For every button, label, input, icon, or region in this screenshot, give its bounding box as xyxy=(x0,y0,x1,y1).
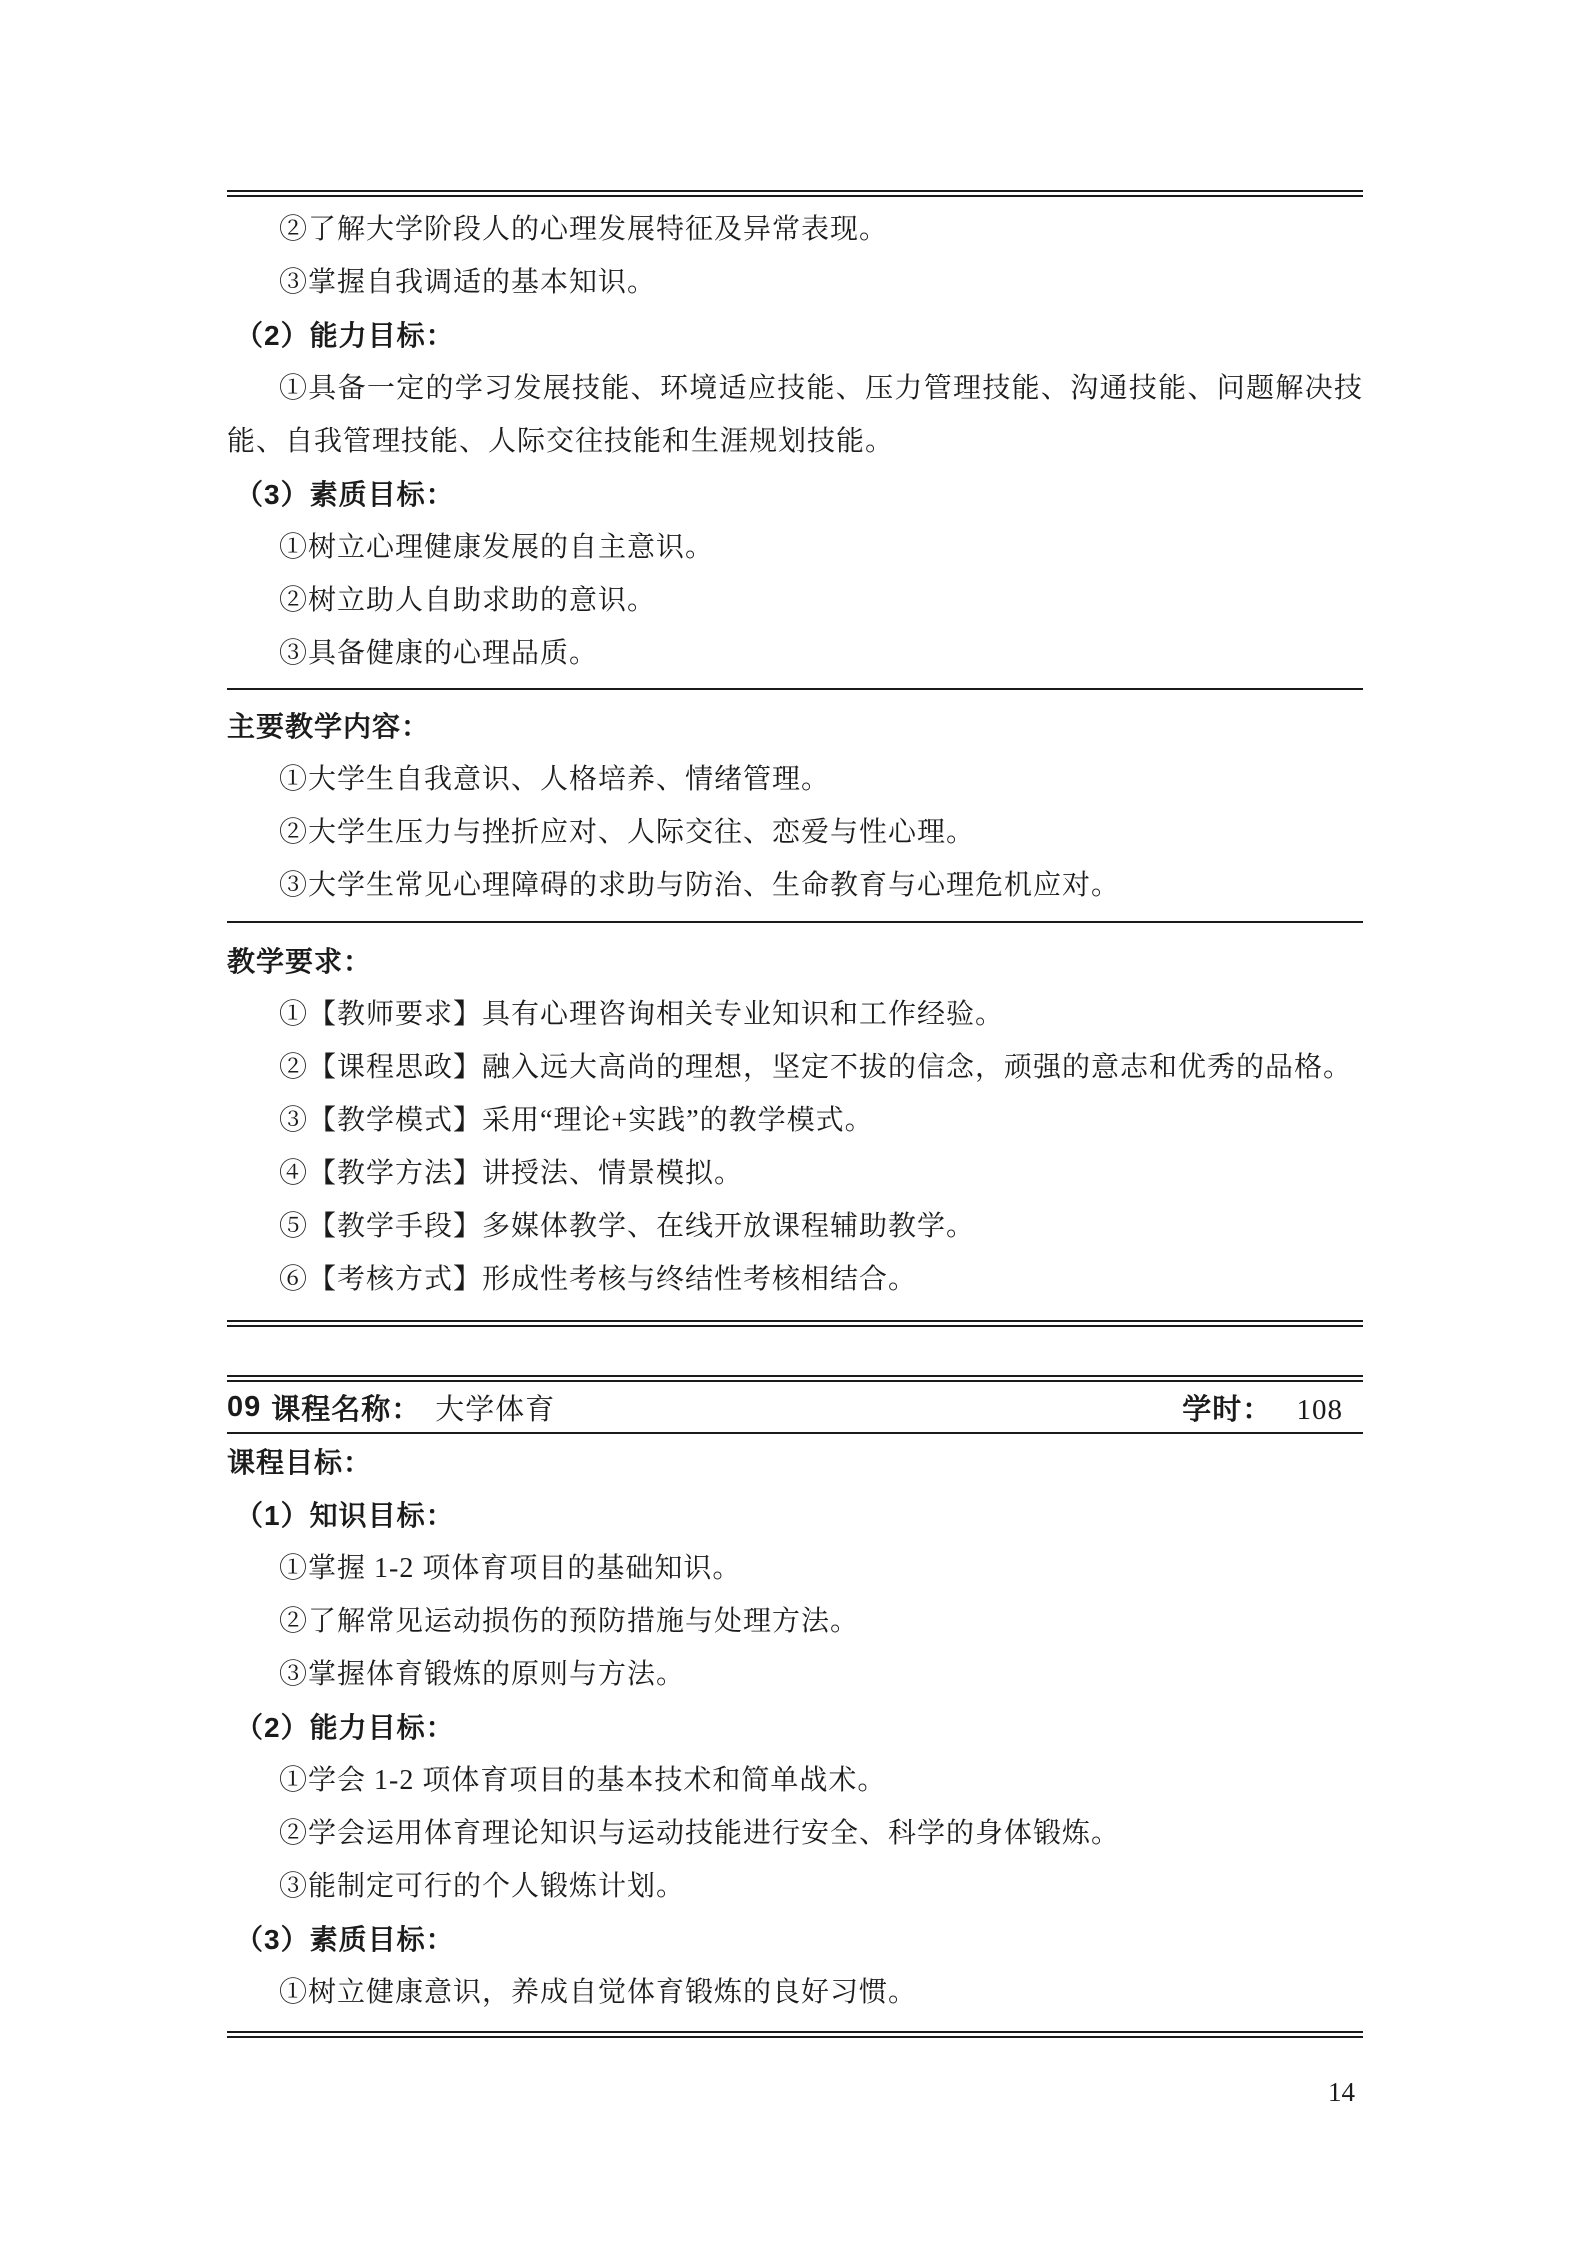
knowledge-item: ②了解常见运动损伤的预防措施与处理方法。 xyxy=(227,1595,1363,1648)
teaching-requirements-header: 教学要求： xyxy=(227,935,1363,988)
teaching-requirement-item: ④【教学方法】讲授法、情景模拟。 xyxy=(227,1147,1363,1200)
course08-objectives-section: ②了解大学阶段人的心理发展特征及异常表现。 ③掌握自我调适的基本知识。 （2）能… xyxy=(227,197,1363,680)
course-name: 大学体育 xyxy=(435,1387,555,1428)
ability-item-line2: 能、自我管理技能、人际交往技能和生涯规划技能。 xyxy=(227,415,1363,468)
course-hours-value: 108 xyxy=(1297,1394,1344,1426)
knowledge-item: ③掌握体育锻炼的原则与方法。 xyxy=(227,1648,1363,1701)
knowledge-item: ②了解大学阶段人的心理发展特征及异常表现。 xyxy=(227,203,1363,256)
course08-teaching-content-section: 主要教学内容： ①大学生自我意识、人格培养、情绪管理。 ②大学生压力与挫折应对、… xyxy=(227,690,1363,921)
ability-goal-header: （2）能力目标： xyxy=(227,1701,1363,1754)
course-hours: 学时： 108 xyxy=(1182,1387,1343,1428)
ability-item: ②学会运用体育理论知识与运动技能进行安全、科学的身体锻炼。 xyxy=(227,1807,1363,1860)
teaching-content-item: ①大学生自我意识、人格培养、情绪管理。 xyxy=(227,753,1363,806)
page-content: ②了解大学阶段人的心理发展特征及异常表现。 ③掌握自我调适的基本知识。 （2）能… xyxy=(227,190,1363,2038)
course-goal-header: 课程目标： xyxy=(227,1436,1363,1489)
ability-goal-header: （2）能力目标： xyxy=(227,309,1363,362)
course09-bottom-border-rule xyxy=(227,2031,1363,2038)
quality-item: ②树立助人自助求助的意识。 xyxy=(227,574,1363,627)
course09-top-border-rule xyxy=(227,1375,1363,1382)
quality-item: ①树立健康意识，养成自觉体育锻炼的良好习惯。 xyxy=(227,1966,1363,2019)
teaching-requirement-item: ⑥【考核方式】形成性考核与终结性考核相结合。 xyxy=(227,1253,1363,1306)
ability-item: ③能制定可行的个人锻炼计划。 xyxy=(227,1860,1363,1913)
course08-teaching-requirements-section: 教学要求： ①【教师要求】具有心理咨询相关专业知识和工作经验。 ②【课程思政】融… xyxy=(227,923,1363,1320)
course08-bottom-border-rule xyxy=(227,1320,1363,1327)
teaching-requirement-item: ①【教师要求】具有心理咨询相关专业知识和工作经验。 xyxy=(227,988,1363,1041)
course09-objectives-section: 课程目标： （1）知识目标： ①掌握 1-2 项体育项目的基础知识。 ②了解常见… xyxy=(227,1434,1363,2031)
teaching-requirement-item: ③【教学模式】采用“理论+实践”的教学模式。 xyxy=(227,1094,1363,1147)
knowledge-item: ①掌握 1-2 项体育项目的基础知识。 xyxy=(227,1542,1363,1595)
quality-item: ③具备健康的心理品质。 xyxy=(227,627,1363,680)
teaching-requirement-item: ②【课程思政】融入远大高尚的理想，坚定不拔的信念，顽强的意志和优秀的品格。 xyxy=(227,1041,1363,1094)
document-page: ②了解大学阶段人的心理发展特征及异常表现。 ③掌握自我调适的基本知识。 （2）能… xyxy=(0,0,1587,2245)
quality-goal-header: （3）素质目标： xyxy=(227,468,1363,521)
knowledge-item: ③掌握自我调适的基本知识。 xyxy=(227,256,1363,309)
teaching-content-header: 主要教学内容： xyxy=(227,700,1363,753)
course-name-label: 课程名称： xyxy=(271,1387,421,1428)
knowledge-goal-header: （1）知识目标： xyxy=(227,1489,1363,1542)
top-border-rule xyxy=(227,190,1363,197)
teaching-content-item: ③大学生常见心理障碍的求助与防治、生命教育与心理危机应对。 xyxy=(227,859,1363,912)
course09-header-row: 09 课程名称： 大学体育 学时： 108 xyxy=(227,1382,1363,1432)
course-hours-label: 学时： xyxy=(1182,1394,1272,1426)
section-gap xyxy=(227,1327,1363,1375)
quality-item: ①树立心理健康发展的自主意识。 xyxy=(227,521,1363,574)
ability-item-line1: ①具备一定的学习发展技能、环境适应技能、压力管理技能、沟通技能、问题解决技 xyxy=(227,362,1363,415)
teaching-requirement-item: ⑤【教学手段】多媒体教学、在线开放课程辅助教学。 xyxy=(227,1200,1363,1253)
page-number: 14 xyxy=(1328,2072,1355,2112)
teaching-content-item: ②大学生压力与挫折应对、人际交往、恋爱与性心理。 xyxy=(227,806,1363,859)
quality-goal-header: （3）素质目标： xyxy=(227,1913,1363,1966)
course-number: 09 xyxy=(227,1391,261,1424)
ability-item: ①学会 1-2 项体育项目的基本技术和简单战术。 xyxy=(227,1754,1363,1807)
